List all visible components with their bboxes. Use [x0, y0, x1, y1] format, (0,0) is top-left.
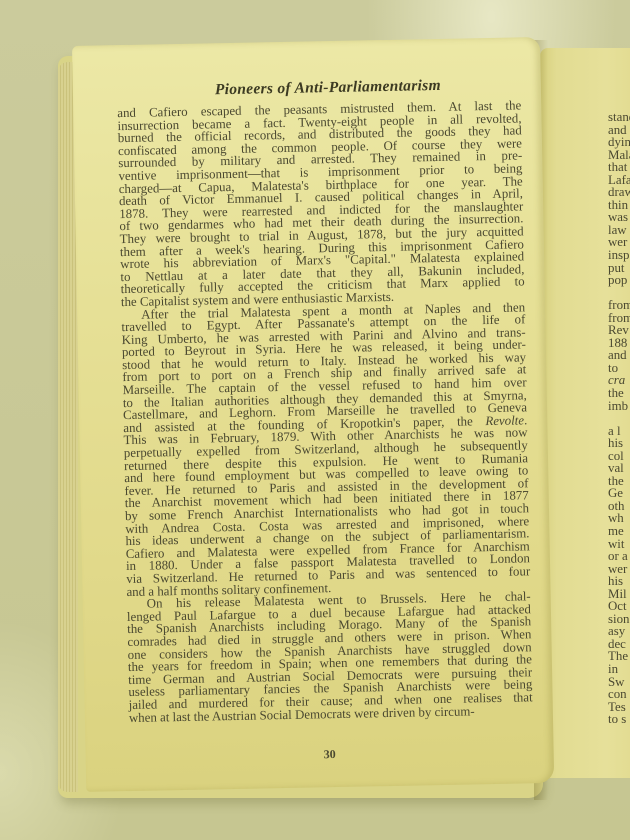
page-number: 30 [324, 747, 336, 762]
facing-line-fragment: Oct [608, 600, 630, 613]
facing-line-fragment: the [608, 387, 630, 400]
facing-line-fragment: con [608, 688, 630, 701]
facing-page: standanddyinMalathatLafadrawthinwaslawwe… [540, 48, 630, 778]
facing-page-text: standanddyinMalathatLafadrawthinwaslawwe… [608, 111, 630, 726]
running-head: Pioneers of Anti-Parliamentarism [215, 77, 441, 99]
facing-line-fragment: from [608, 299, 630, 312]
facing-line-fragment: that [608, 161, 630, 174]
facing-line-fragment: stand [608, 111, 630, 124]
facing-line-fragment: Ge [608, 487, 630, 500]
facing-line-fragment: his [608, 437, 630, 450]
facing-line-fragment: to s [608, 713, 630, 726]
facing-line-fragment: me [608, 525, 630, 538]
facing-line-fragment: pop [608, 274, 630, 287]
facing-line-fragment: his [608, 575, 630, 588]
facing-line-fragment: Rev [608, 324, 630, 337]
facing-line-fragment [608, 412, 630, 425]
facing-line-fragment: val [608, 462, 630, 475]
facing-line-fragment: or a [608, 550, 630, 563]
facing-line-fragment: and [608, 349, 630, 362]
facing-line-fragment: imb [608, 400, 630, 413]
facing-line-fragment: insp [608, 249, 630, 262]
body-text: and Cafiero escaped the peasants mistrus… [117, 99, 533, 724]
book-page: Pioneers of Anti-Parliamentarism and Caf… [72, 37, 554, 792]
facing-line-fragment: dyin [608, 136, 630, 149]
facing-line-fragment: draw [608, 186, 630, 199]
facing-line-fragment: in [608, 663, 630, 676]
facing-line-fragment: asy [608, 625, 630, 638]
